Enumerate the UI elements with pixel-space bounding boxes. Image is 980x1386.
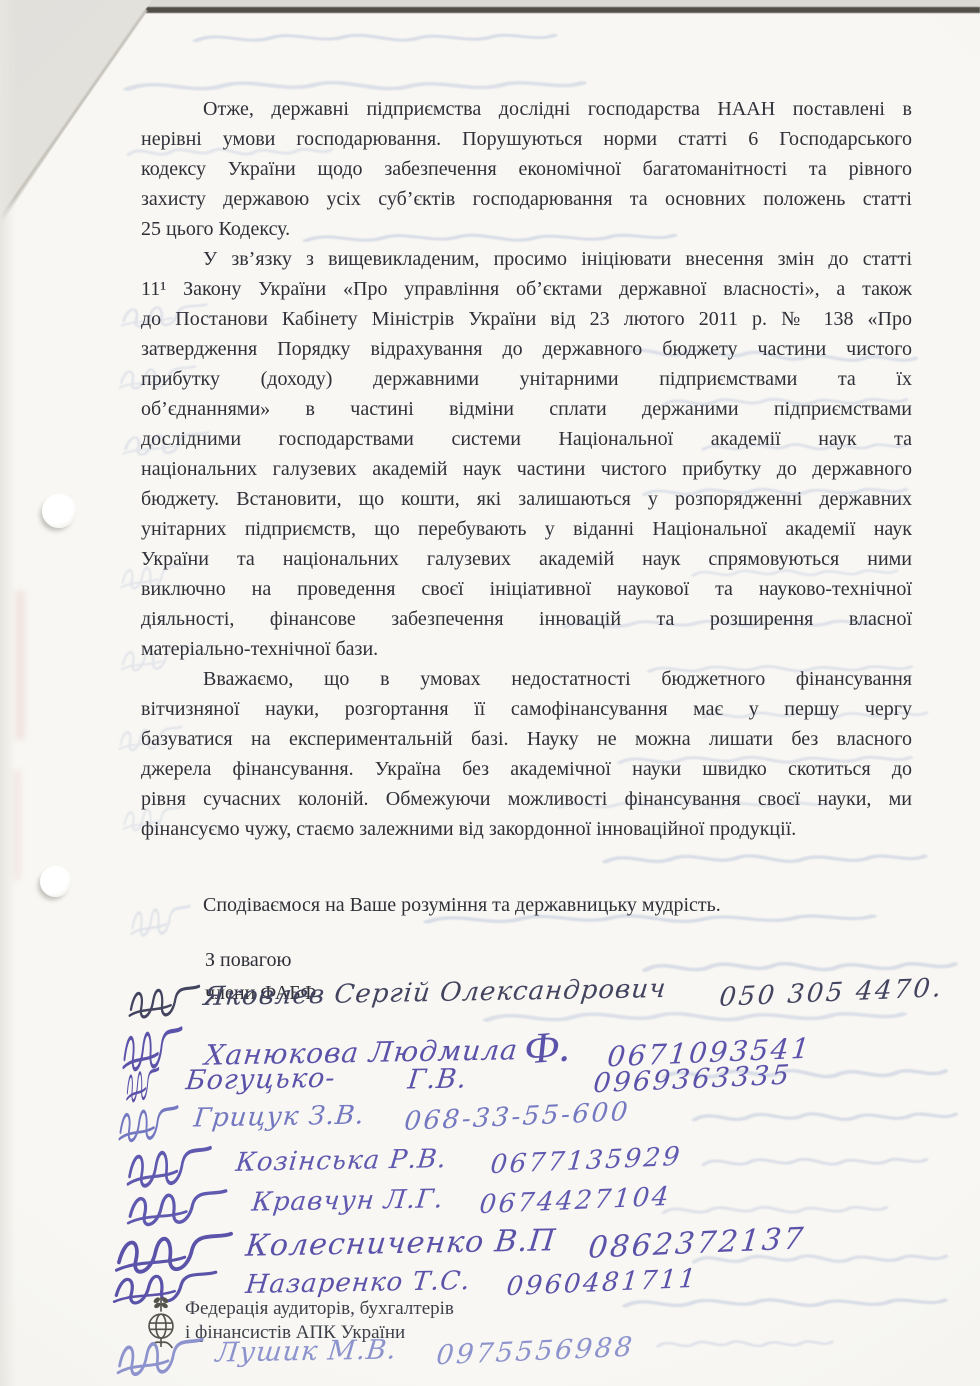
closing-line: З повагою	[205, 944, 912, 977]
body-line: об’єднаннями» в частині відміни сплати д…	[141, 394, 912, 424]
bleedthrough-scribble	[190, 28, 560, 48]
bleedthrough-scribble	[700, 1152, 930, 1172]
signature-row: Лушик М.В. 0975556988	[216, 1336, 634, 1367]
scan-top-shadow-line	[66, 7, 980, 13]
signer-initials: Г.В.	[407, 1063, 469, 1095]
body-line: дослідними господарствами системи Націон…	[141, 424, 912, 454]
scan-streak	[13, 770, 21, 880]
body-line: прибутку (доходу) державними унітарними …	[141, 364, 912, 394]
scan-left-shadow	[0, 0, 16, 1386]
body-line: бюджету. Встановити, що кошти, які залиш…	[141, 484, 912, 514]
signer-phone: 0862372137	[587, 1221, 807, 1265]
body-line: до Постанови Кабінету Міністрів України …	[141, 304, 912, 334]
body-line: затвердження Порядку відрахування до дер…	[141, 334, 912, 364]
hole-punch	[42, 494, 76, 528]
body-line: рівня сучасних колоній. Обмежуючи можлив…	[141, 784, 912, 814]
signer-phone: 0674427104	[478, 1182, 672, 1220]
hole-punch	[40, 866, 71, 897]
signer-name: Богуцько-	[184, 1063, 337, 1097]
signature-row: Козінська Р.В. 0677135929	[236, 1146, 681, 1176]
paragraph-1: Отже, державні підприємства дослідні гос…	[141, 94, 912, 244]
paragraph-4: Сподіваємося на Ваше розуміння та держав…	[141, 890, 912, 920]
bleedthrough-scribble	[690, 1106, 960, 1128]
body-line: 25 цього Кодексу.	[141, 214, 912, 244]
signature-row: Колесниченко В.П 0862372137	[246, 1226, 805, 1261]
body-line: захисту державою усіх суб’єктів господар…	[141, 184, 912, 214]
signature-row: Грицук З.В. 068-33-55-600	[194, 1102, 629, 1132]
body-line: виключно на проведення своєї ініціативно…	[141, 574, 912, 604]
signature-row: Яковлев Сергій Олександрович 050 305 447…	[204, 978, 943, 1008]
signature-row: Кравчун Л.Г. 0674427104	[252, 1186, 670, 1216]
body-line: Вважаємо, що в умовах недостатності бюдж…	[141, 664, 912, 694]
signature-scribble	[128, 980, 202, 1022]
signer-name: Козінська Р.В.	[234, 1144, 448, 1178]
body-line: унітарних підприємств, що перебувають у …	[141, 514, 912, 544]
body-line: України та національних галузевих академ…	[141, 544, 912, 574]
signer-name: Лушик М.В.	[214, 1334, 398, 1368]
body-line: діяльності, фінансове забезпечення іннов…	[141, 604, 912, 634]
signer-name: Назаренко Т.С.	[244, 1266, 472, 1300]
signature-scribble	[116, 1332, 206, 1380]
signature-row: Богуцько- Г.В. 0969363335	[186, 1064, 791, 1095]
signer-name: Яковлев Сергій Олександрович	[202, 974, 668, 1012]
signer-name: Колесниченко В.П	[244, 1223, 558, 1263]
body-line: 11¹ Закону України «Про управління об’єк…	[141, 274, 912, 304]
signature-row: Назаренко Т.С. 0960481711	[246, 1268, 697, 1298]
signer-phone: 068-33-55-600	[403, 1097, 631, 1137]
signer-phone: 0960481711	[505, 1264, 699, 1302]
signer-phone: 050 305 4470.	[718, 973, 945, 1013]
body-line: Отже, державні підприємства дослідні гос…	[141, 94, 912, 124]
signer-phone: 0969363335	[592, 1060, 793, 1100]
scan-streak	[15, 590, 25, 740]
bleedthrough-scribble	[655, 1335, 835, 1353]
letter-body: Отже, державні підприємства дослідні гос…	[141, 94, 912, 1010]
signer-name: Грицук З.В.	[192, 1101, 366, 1134]
signer-name: Кравчун Л.Г.	[250, 1184, 445, 1217]
body-line: національних галузевих академій наук час…	[141, 454, 912, 484]
federation-name-line1: Федерація аудиторів, бухгалтерів	[185, 1297, 454, 1321]
body-line: У зв’язку з вищевикладеним, просимо ініц…	[141, 244, 912, 274]
body-line: фінансуємо чужу, стаємо залежними від за…	[141, 814, 912, 844]
signature-scribble	[126, 1184, 230, 1230]
body-line: вітчизняної науки, розгортання її самофі…	[141, 694, 912, 724]
body-line: кодексу України щодо забезпечення економ…	[141, 154, 912, 184]
body-line: джерела фінансування. Україна без академ…	[141, 754, 912, 784]
paragraph-3: Вважаємо, що в умовах недостатності бюдж…	[141, 664, 912, 844]
body-line: Сподіваємося на Ваше розуміння та держав…	[141, 890, 912, 920]
body-line: базуватися на експериментальній базі. На…	[141, 724, 912, 754]
bleedthrough-scribble	[660, 1200, 890, 1220]
paragraph-2: У зв’язку з вищевикладеним, просимо ініц…	[141, 244, 912, 664]
signer-phone: 0975556988	[435, 1332, 636, 1372]
scanned-letter-page: Отже, державні підприємства дослідні гос…	[0, 0, 980, 1386]
signer-phone: 0677135929	[489, 1142, 683, 1180]
body-line: нерівні умови господарювання. Порушуютьс…	[141, 124, 912, 154]
body-line: матеріально-технічної бази.	[141, 634, 912, 664]
